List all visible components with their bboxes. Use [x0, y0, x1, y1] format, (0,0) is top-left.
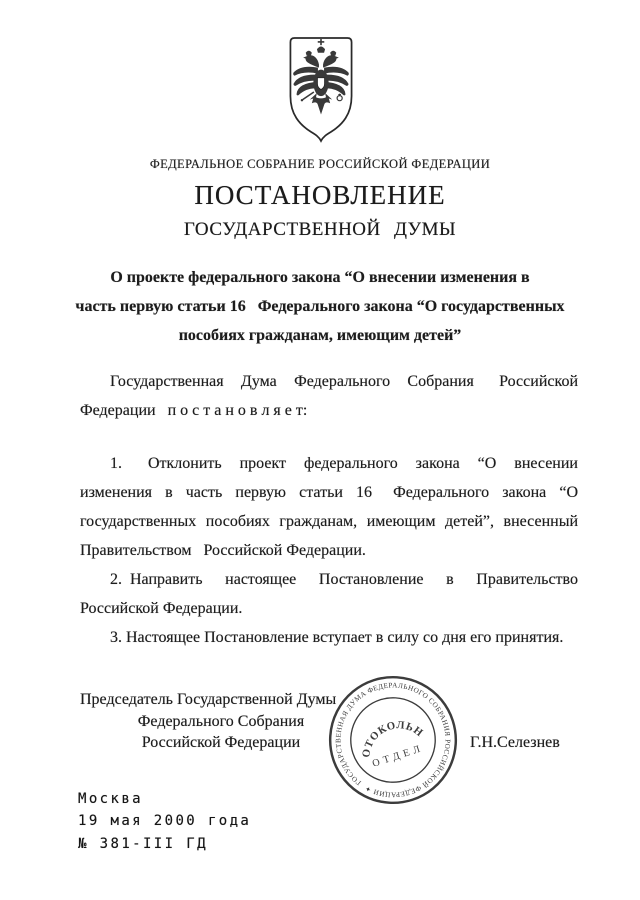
text-line: Российской Федерации.	[80, 594, 578, 623]
document-footer: Москва 19 мая 2000 года № 381-III ГД	[78, 788, 251, 855]
footer-number: № 381-III ГД	[78, 833, 251, 855]
scanned-document-page: { "page": { "background": "#ffffff", "in…	[0, 0, 640, 900]
text-line: государственных пособиях гражданам, имею…	[80, 507, 578, 536]
coat-of-arms-svg	[286, 36, 356, 144]
text-line: Правительством Российской Федерации.	[80, 536, 578, 565]
text-line: часть первую статьи 16 Федерального зако…	[60, 292, 580, 321]
signature-block: Председатель Государственной ДумыФедерал…	[80, 689, 362, 754]
text-line: 3. Настоящее Постановление вступает в си…	[80, 623, 578, 652]
footer-date: 19 мая 2000 года	[78, 810, 251, 832]
subject-heading: О проекте федерального закона “О внесени…	[60, 263, 580, 350]
doc-type-title: ПОСТАНОВЛЕНИЕ	[0, 180, 640, 211]
stamp-outer-circle	[324, 671, 462, 809]
chest-shield	[317, 78, 324, 90]
text-line: Федерального Собрания	[80, 711, 362, 733]
stamp-ring-text: ГОСУДАРСТВЕННАЯ ДУМА ФЕДЕРАЛЬНОГО СОБРАН…	[324, 671, 462, 809]
text-line: пособиях гражданам, имеющим детей”	[60, 321, 580, 350]
footer-city: Москва	[78, 788, 251, 810]
text-line: 1. Отклонить проект федерального закона …	[80, 449, 578, 478]
text-line: 2. Направить настоящее Постановление в П…	[80, 565, 578, 594]
signatory-name: Г.Н.Селезнев	[470, 734, 560, 752]
resolution-item-3: 3. Настоящее Постановление вступает в си…	[80, 623, 578, 652]
org-line: ФЕДЕРАЛЬНОЕ СОБРАНИЕ РОССИЙСКОЙ ФЕДЕРАЦИ…	[0, 157, 640, 172]
text-line: изменения в часть первую статьи 16 Федер…	[80, 478, 578, 507]
protocol-stamp-svg: ГОСУДАРСТВЕННАЯ ДУМА ФЕДЕРАЛЬНОГО СОБРАН…	[324, 671, 462, 809]
stamp-subtitle-text: ОТДЕЛ	[371, 743, 426, 770]
document-body: Государственная Дума Федерального Собран…	[80, 367, 578, 652]
resolution-item-2: 2. Направить настоящее Постановление в П…	[80, 565, 578, 623]
text-line: Российской Федерации	[80, 732, 362, 754]
text-line: О проекте федерального закона “О внесени…	[60, 263, 580, 292]
intro-paragraph: Государственная Дума Федерального Собран…	[80, 367, 578, 425]
doc-org-subtitle: ГОСУДАРСТВЕННОЙ ДУМЫ	[0, 219, 640, 241]
protocol-stamp: ГОСУДАРСТВЕННАЯ ДУМА ФЕДЕРАЛЬНОГО СОБРАН…	[324, 671, 462, 809]
coat-of-arms-emblem	[286, 36, 356, 144]
text-line: Федерации п о с т а н о в л я е т:	[80, 396, 578, 425]
text-line: Государственная Дума Федерального Собран…	[80, 367, 578, 396]
resolution-item-1: 1. Отклонить проект федерального закона …	[80, 449, 578, 565]
text-line: Председатель Государственной Думы	[80, 689, 362, 711]
